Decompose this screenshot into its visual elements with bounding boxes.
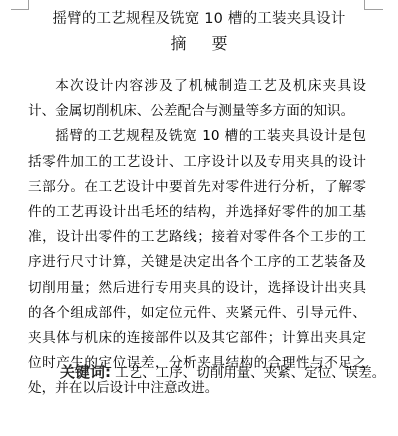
abstract-paragraph: 本次设计内容涉及了机械制造工艺及机床夹具设计、金属切削机床、公差配合与测量等多方… [28, 74, 366, 124]
page-corner-mark-right [364, 0, 383, 10]
abstract-paragraph: 摇臂的工艺规程及铣宽 10 槽的工装夹具设计是包括零件加工的工艺设计、工序设计以… [28, 124, 366, 401]
keywords-value: 工艺、工序、切削用量、夹紧、定位、误差。 [115, 365, 385, 381]
abstract-heading: 摘 要 [0, 34, 398, 54]
keywords-label: 关键词: [60, 363, 111, 381]
keywords-line: 关键词: 工艺、工序、切削用量、夹紧、定位、误差。 [60, 362, 385, 383]
document-title: 摇臂的工艺规程及铣宽 10 槽的工装夹具设计 [0, 10, 398, 28]
abstract-body: 本次设计内容涉及了机械制造工艺及机床夹具设计、金属切削机床、公差配合与测量等多方… [28, 74, 366, 402]
page-corner-mark-left [11, 0, 29, 10]
